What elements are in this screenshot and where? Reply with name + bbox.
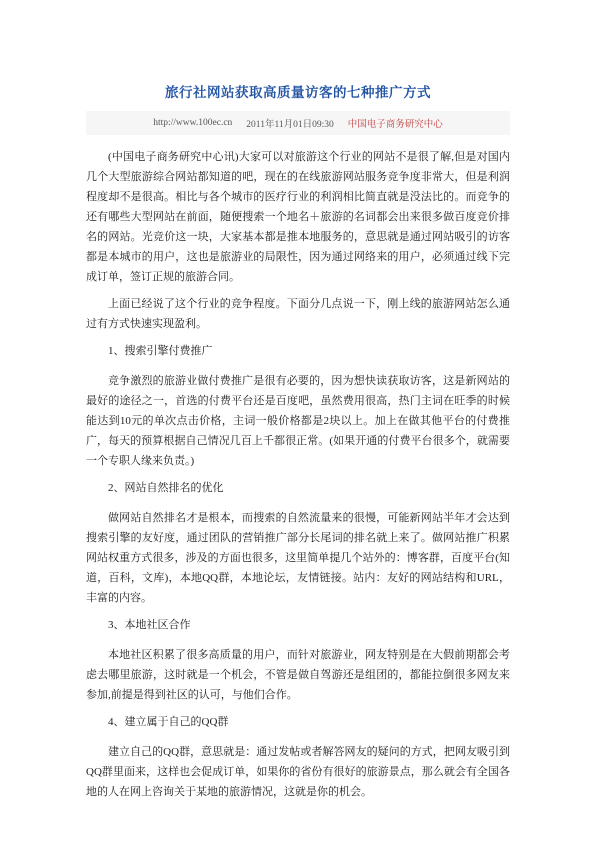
paragraph-section-1: 竞争激烈的旅游业做付费推广是很有必要的，因为想快读获取访客，这是新网站的最好的途…	[86, 371, 510, 471]
paragraph-section-4: 建立自己的QQ群，意思就是：通过发帖或者解答网友的疑问的方式，把网友吸引到QQ群…	[86, 742, 510, 802]
publish-date: 2011年11月01日09:30	[246, 116, 333, 130]
article-meta-bar: http://www.100ec.cn 2011年11月01日09:30 中国电…	[86, 111, 510, 135]
section-heading-3: 3、本地社区合作	[86, 615, 510, 635]
paragraph-section-3: 本地社区积累了很多高质量的用户，而针对旅游业，网友特别是在大假前期都会考虑去哪里…	[86, 645, 510, 705]
source-name: 中国电子商务研究中心	[348, 116, 443, 130]
paragraph-intro-2: 上面已经说了这个行业的竞争程度。下面分几点说一下，刚上线的旅游网站怎么通过有方式…	[86, 294, 510, 334]
section-heading-4: 4、建立属于自己的QQ群	[86, 712, 510, 732]
article-title: 旅行社网站获取高质量访客的七种推广方式	[86, 84, 510, 102]
paragraph-intro-1: (中国电子商务研究中心讯)大家可以对旅游这个行业的网站不是很了解,但是对国内几个…	[86, 147, 510, 287]
document-page: 旅行社网站获取高质量访客的七种推广方式 http://www.100ec.cn …	[0, 0, 595, 842]
section-heading-1: 1、搜索引擎付费推广	[86, 341, 510, 361]
section-heading-2: 2、网站自然排名的优化	[86, 478, 510, 498]
article-body: (中国电子商务研究中心讯)大家可以对旅游这个行业的网站不是很了解,但是对国内几个…	[86, 147, 510, 802]
source-url: http://www.100ec.cn	[153, 118, 232, 128]
paragraph-section-2: 做网站自然排名才是根本，而搜索的自然流量来的很慢，可能新网站半年才会达到搜索引擎…	[86, 508, 510, 608]
